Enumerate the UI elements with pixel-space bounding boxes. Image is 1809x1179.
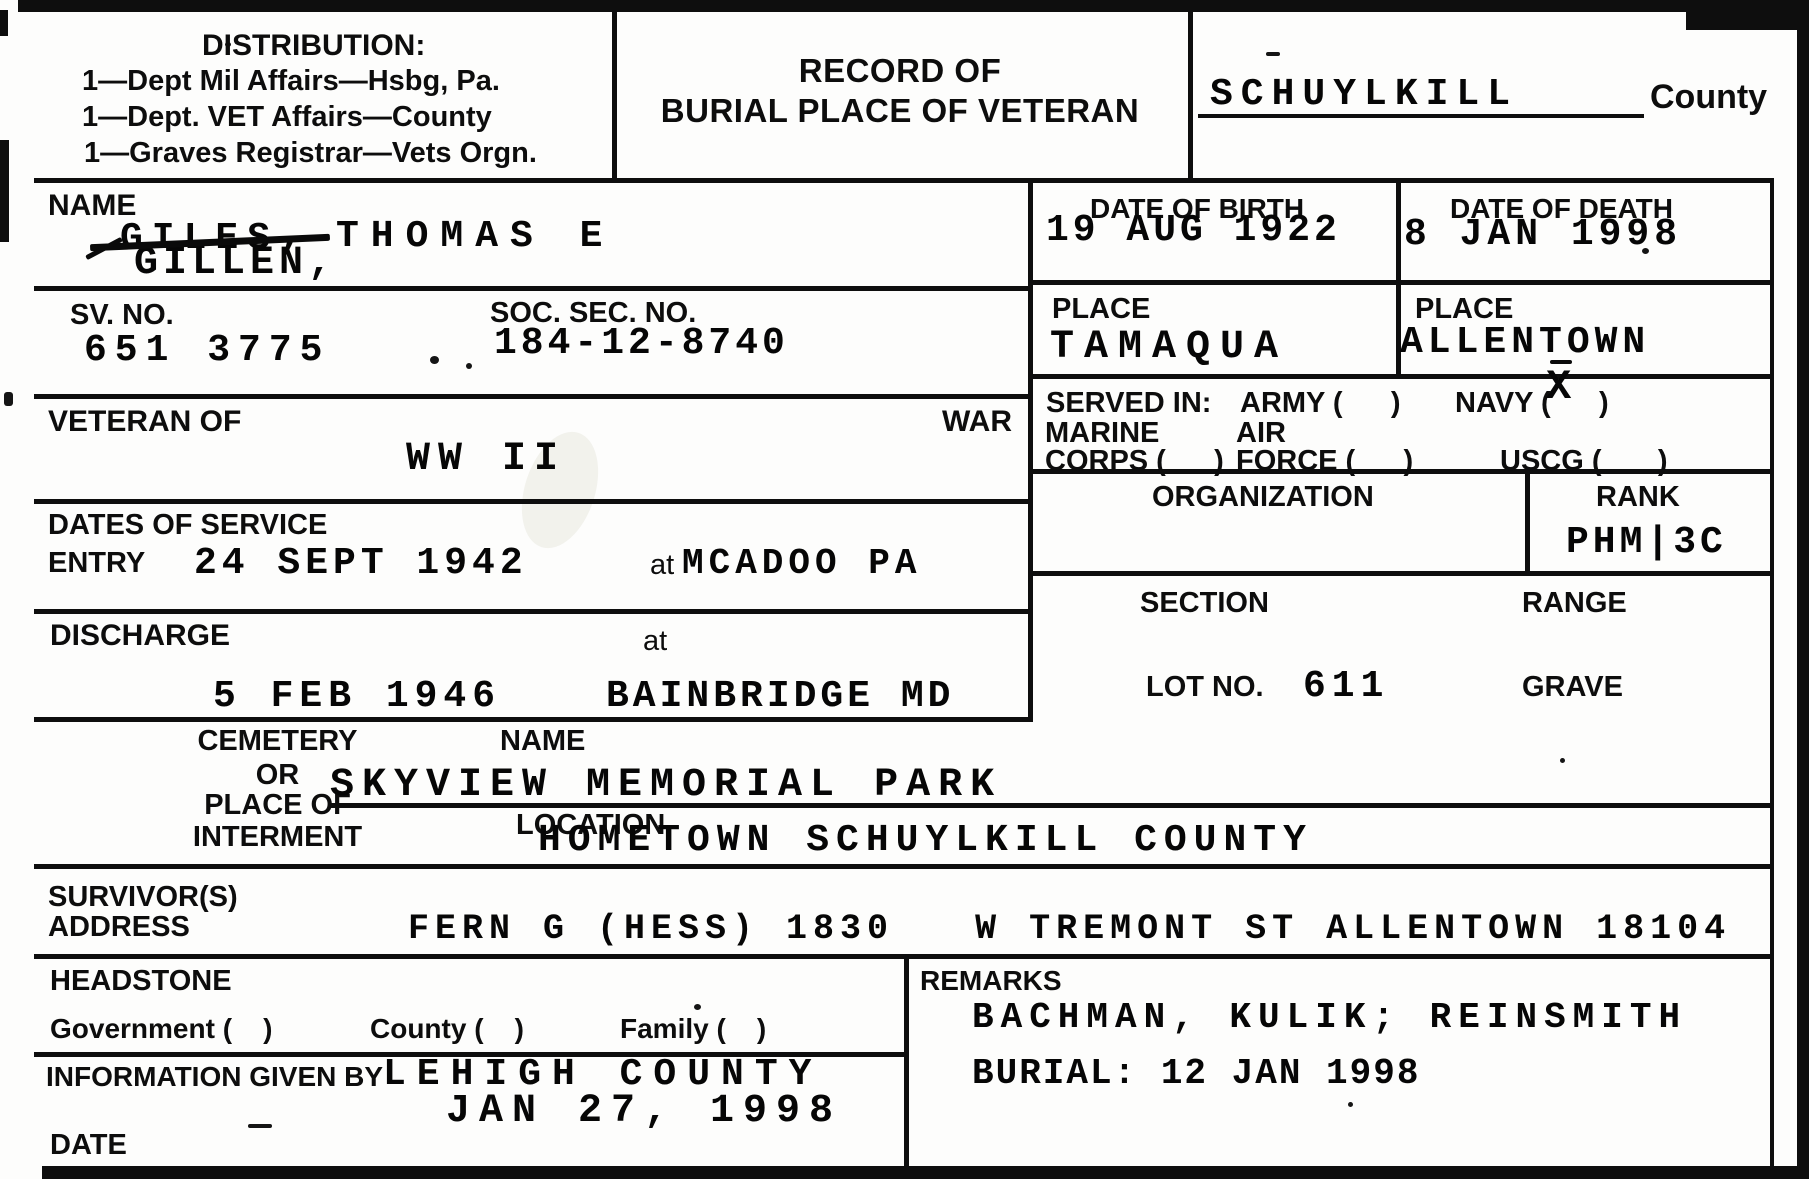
rule-remarks-divider	[904, 956, 909, 1168]
served-in-marine-top: MARINE	[1045, 418, 1159, 448]
entry-date-value: 24 SEPT 1942	[194, 545, 528, 583]
headstone-label: HEADSTONE	[50, 966, 232, 996]
served-in-air-bottom: FORCE ( )	[1236, 446, 1413, 476]
scan-edge-left-mark2	[0, 10, 8, 36]
lot-no-value: 611	[1303, 668, 1389, 706]
county-value: SCHUYLKILL	[1210, 76, 1518, 114]
burial-record-form: DISTRIBUTION: 1—Dept Mil Affairs—Hsbg, P…	[0, 0, 1809, 1179]
cemetery-label-line1: CEMETERY	[130, 726, 425, 756]
survivors-address-value: FERN G (HESS) 1830 W TREMONT ST ALLENTOW…	[408, 912, 1731, 947]
discharge-label: DISCHARGE	[50, 620, 230, 652]
headstone-family-option: Family ( )	[620, 1014, 766, 1043]
rule-place-bottom	[1030, 374, 1772, 379]
entry-at-label: at	[650, 550, 674, 580]
lot-no-label: LOT NO.	[1146, 672, 1264, 702]
served-in-army: ARMY ( )	[1240, 388, 1401, 418]
distribution-item-1: 1—Dept Mil Affairs—Hsbg, Pa.	[82, 66, 500, 96]
form-title-line2: BURIAL PLACE OF VETERAN	[612, 94, 1188, 129]
rule-dates-bottom	[34, 609, 1033, 614]
rule-name-bottom	[34, 286, 1033, 291]
cemetery-name-value: SKYVIEW MEMORIAL PARK	[330, 766, 1002, 806]
discharge-place-value: BAINBRIDGE MD	[606, 678, 954, 716]
dates-of-service-label: DATES OF SERVICE	[48, 510, 327, 540]
cemetery-name-label: NAME	[500, 726, 585, 756]
scan-artifact	[4, 392, 13, 406]
served-in-label: SERVED IN:	[1046, 388, 1211, 418]
death-place-value: ALLENTOWN	[1400, 324, 1650, 362]
remarks-line2: BURIAL: 12 JAN 1998	[972, 1056, 1420, 1092]
rule-right-border	[1770, 180, 1774, 1168]
distribution-item-3: 1—Graves Registrar—Vets Orgn.	[84, 138, 537, 168]
scan-artifact	[694, 1004, 701, 1010]
veteran-of-label: VETERAN OF	[48, 406, 241, 438]
war-label: WAR	[942, 406, 1012, 438]
rule-header-div2	[1188, 12, 1193, 180]
distribution-title: DISTRIBUTION:	[202, 30, 425, 62]
survivors-label-line2: ADDRESS	[48, 912, 190, 942]
veteran-of-value: WW II	[406, 440, 566, 480]
remarks-line1: BACHMAN, KULIK; REINSMITH	[972, 1000, 1687, 1036]
scan-artifact	[430, 356, 439, 364]
information-given-by-label: INFORMATION GIVEN BY	[46, 1062, 383, 1091]
headstone-county-option: County ( )	[370, 1014, 524, 1043]
date-of-birth-value: 19 AUG 1922	[1046, 212, 1341, 250]
rule-survivor-top	[34, 864, 1774, 869]
scan-edge-bottom	[42, 1166, 1809, 1179]
scan-artifact	[1348, 1102, 1353, 1107]
served-in-navy: NAVY ( )	[1455, 388, 1609, 418]
scan-edge-top	[18, 0, 1809, 12]
remarks-label: REMARKS	[920, 966, 1062, 995]
scan-artifact	[466, 363, 472, 369]
rule-org-rank-divider	[1525, 471, 1530, 574]
date-of-death-value: 8 JAN 1998	[1404, 216, 1682, 254]
distribution-item-2: 1—Dept. VET Affairs—County	[82, 102, 492, 132]
entry-label: ENTRY	[48, 548, 145, 578]
name-given-value: THOMAS E	[336, 218, 614, 256]
scan-edge-right	[1797, 28, 1809, 1179]
grave-label: GRAVE	[1522, 672, 1623, 702]
sv-no-value: 651 3775	[84, 332, 330, 370]
served-in-navy-overstrike	[1550, 360, 1572, 364]
form-title-line1: RECORD OF	[612, 54, 1188, 89]
scan-artifact	[248, 1124, 272, 1128]
date-label: DATE	[50, 1130, 127, 1160]
cemetery-label-line4: INTERMENT	[130, 822, 425, 852]
scan-edge-top-right	[1686, 0, 1809, 30]
death-place-label: PLACE	[1415, 294, 1513, 324]
rule-header-bottom	[34, 178, 1774, 183]
organization-label: ORGANIZATION	[1152, 482, 1374, 512]
birth-place-value: TAMAQUA	[1050, 328, 1288, 368]
county-label: County	[1650, 80, 1767, 116]
served-in-marine-bottom: CORPS ( )	[1045, 446, 1224, 476]
name-corrected-value: GILLEN,	[134, 244, 337, 284]
survivors-label-line1: SURVIVOR(S)	[48, 882, 238, 912]
section-label: SECTION	[1140, 588, 1269, 618]
rule-organization-bottom	[1030, 571, 1772, 576]
entry-place-value: MCADOO PA	[682, 546, 921, 582]
birth-place-label: PLACE	[1052, 294, 1150, 324]
rule-veteran-bottom	[34, 499, 1033, 504]
rank-label: RANK	[1596, 482, 1680, 512]
discharge-date-value: 5 FEB 1946	[213, 678, 501, 716]
served-in-uscg: USCG ( )	[1500, 446, 1668, 476]
headstone-government-option: Government ( )	[50, 1014, 272, 1043]
range-label: RANGE	[1522, 588, 1627, 618]
sv-no-label: SV. NO.	[70, 300, 174, 330]
cemetery-location-value: HOMETOWN SCHUYLKILL COUNTY	[538, 822, 1313, 860]
served-in-navy-check: X	[1546, 366, 1571, 408]
discharge-at-label: at	[643, 626, 667, 656]
rule-svno-bottom	[34, 394, 1033, 399]
soc-sec-no-value: 184-12-8740	[494, 325, 789, 363]
scan-artifact	[1560, 758, 1565, 763]
rank-value: PHM|3C	[1566, 524, 1727, 562]
information-given-date-value: JAN 27, 1998	[446, 1092, 842, 1132]
rule-left-right-divider	[1028, 180, 1033, 720]
scan-edge-left-mark	[0, 140, 9, 242]
scan-artifact	[1266, 52, 1280, 56]
served-in-air-top: AIR	[1236, 418, 1286, 448]
rule-dob-bottom	[1030, 280, 1772, 285]
